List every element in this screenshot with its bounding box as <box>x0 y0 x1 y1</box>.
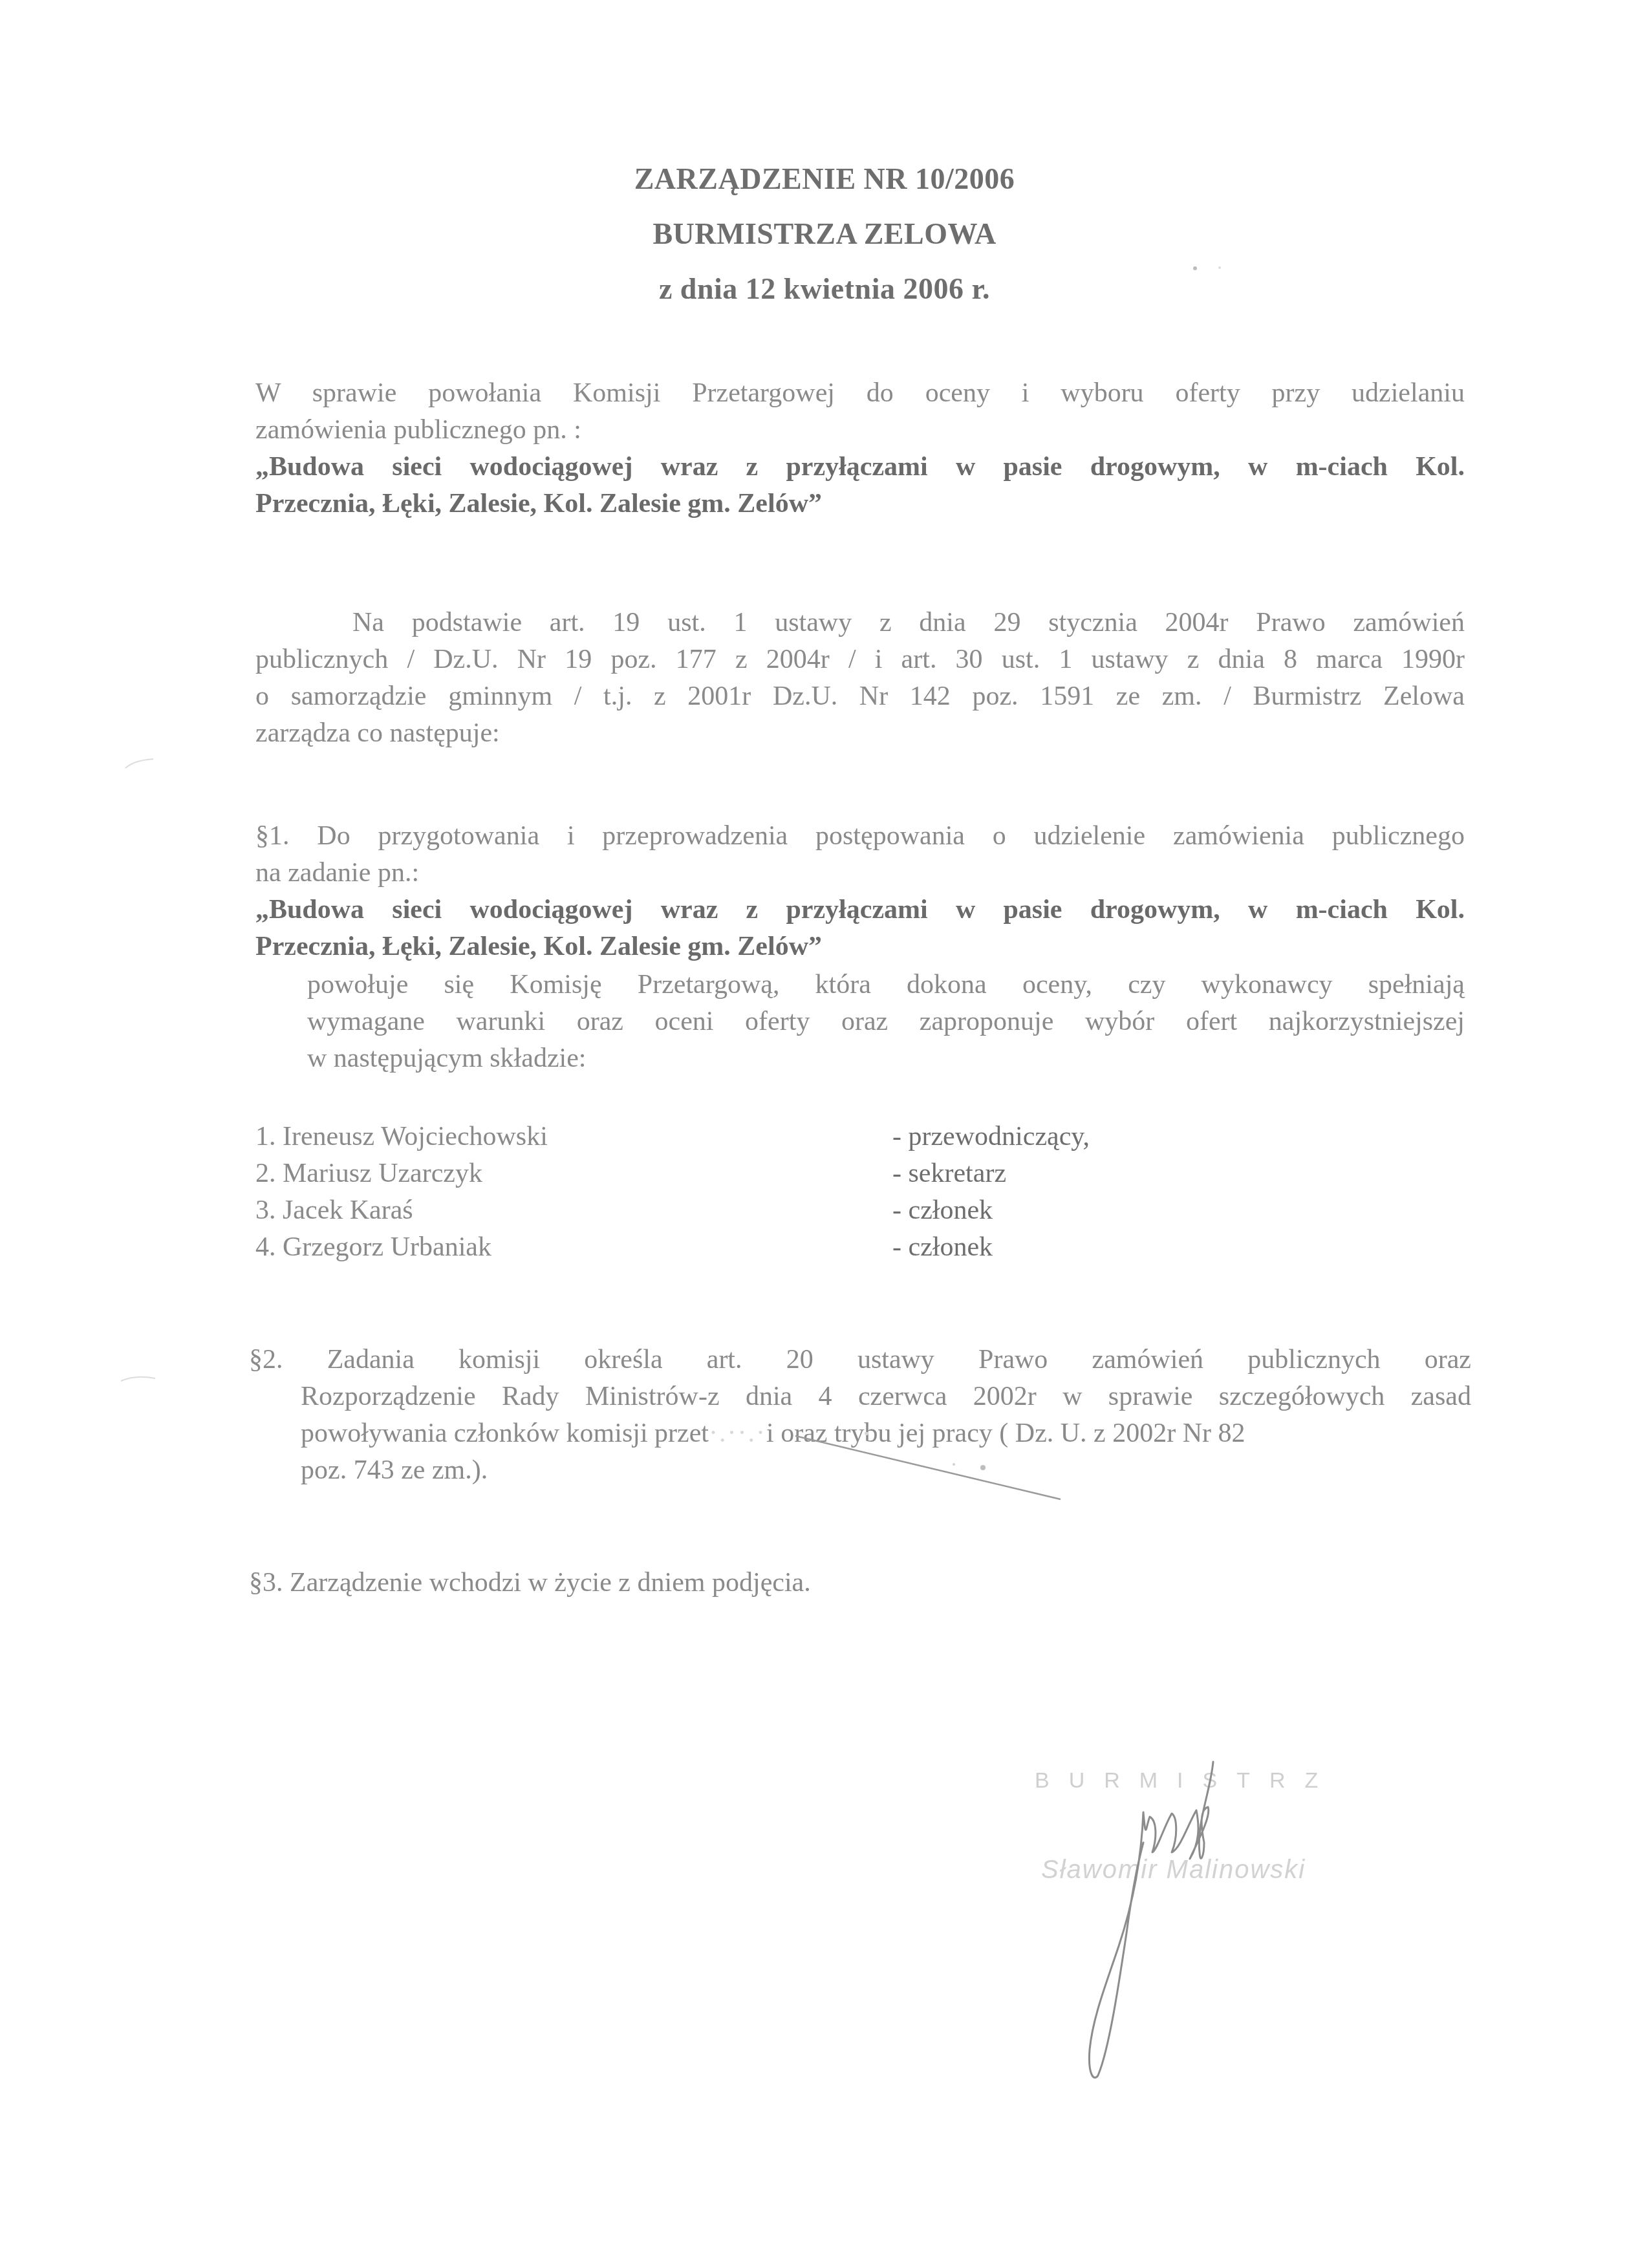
list-item: 3. Jacek Karaś - członek <box>255 1192 1225 1229</box>
member-role: - przewodniczący, <box>892 1118 1090 1155</box>
member-name: 4. Grzegorz Urbaniak <box>255 1229 892 1266</box>
paragraph-1: §1. Do przygotowania i przeprowadzenia p… <box>255 818 1465 965</box>
member-name: 2. Mariusz Uzarczyk <box>255 1155 892 1192</box>
member-name: 3. Jacek Karaś <box>255 1192 892 1229</box>
paragraph-3: §3. Zarządzenie wchodzi w życie z dniem … <box>249 1565 811 1601</box>
paragraph-1-line: §1. Do przygotowania i przeprowadzenia p… <box>255 818 1465 855</box>
paragraph-1-line: na zadanie pn.: <box>255 855 1465 892</box>
task-title-line: „Budowa sieci wodociągowej wraz z przyłą… <box>255 449 1465 486</box>
committee-members-list: 1. Ireneusz Wojciechowski - przewodniczą… <box>255 1118 1225 1266</box>
pen-stroke-icon <box>795 1432 1067 1503</box>
legal-basis-line: Na podstawie art. 19 ust. 1 ustawy z dni… <box>255 604 1465 641</box>
paragraph-1-body-line: w następującym składzie: <box>307 1040 1465 1077</box>
legal-basis-section: Na podstawie art. 19 ust. 1 ustawy z dni… <box>255 604 1465 752</box>
member-role: - sekretarz <box>892 1155 1006 1192</box>
list-item: 2. Mariusz Uzarczyk - sekretarz <box>255 1155 1225 1192</box>
list-item: 4. Grzegorz Urbaniak - członek <box>255 1229 1225 1266</box>
scan-mark-icon <box>124 756 163 769</box>
paragraph-1-body-line: wymagane warunki oraz oceni oferty oraz … <box>307 1003 1465 1040</box>
paragraph-2-text-fragment: powoływania członków komisji przet <box>301 1418 709 1448</box>
member-name: 1. Ireneusz Wojciechowski <box>255 1118 892 1155</box>
member-role: - członek <box>892 1192 993 1229</box>
paragraph-2-line: Rozporządzenie Rady Ministrów-z dnia 4 c… <box>249 1378 1471 1415</box>
scan-mark-icon <box>120 1372 158 1385</box>
legal-basis-line: zarządza co następuje: <box>255 715 1465 752</box>
subject-line: zamówienia publicznego pn. : <box>255 412 1465 449</box>
document-page: ZARZĄDZENIE NR 10/2006 BURMISTRZA ZELOWA… <box>0 0 1649 2268</box>
task-title-line: „Budowa sieci wodociągowej wraz z przyłą… <box>255 892 1465 928</box>
signature-icon <box>1002 1713 1423 2101</box>
document-issuer: BURMISTRZA ZELOWA <box>0 217 1649 251</box>
legal-basis-line: publicznych / Dz.U. Nr 19 poz. 177 z 200… <box>255 641 1465 678</box>
paragraph-1-body-line: powołuje się Komisję Przetargową, która … <box>307 967 1465 1003</box>
subject-line: W sprawie powołania Komisji Przetargowej… <box>255 375 1465 412</box>
task-title-line: Przecznia, Łęki, Zalesie, Kol. Zalesie g… <box>255 486 1465 522</box>
task-title-line: Przecznia, Łęki, Zalesie, Kol. Zalesie g… <box>255 928 1465 965</box>
subject-section: W sprawie powołania Komisji Przetargowej… <box>255 375 1465 522</box>
legal-basis-line: o samorządzie gminnym / t.j. z 2001r Dz.… <box>255 678 1465 715</box>
paragraph-1-body: powołuje się Komisję Przetargową, która … <box>307 967 1465 1077</box>
paragraph-2-line: §2. Zadania komisji określa art. 20 usta… <box>249 1342 1471 1378</box>
document-title: ZARZĄDZENIE NR 10/2006 <box>0 162 1649 196</box>
member-role: - członek <box>892 1229 993 1266</box>
document-date: z dnia 12 kwietnia 2006 r. <box>0 272 1649 306</box>
obscured-text: ·.··.· <box>709 1418 766 1448</box>
list-item: 1. Ireneusz Wojciechowski - przewodniczą… <box>255 1118 1225 1155</box>
